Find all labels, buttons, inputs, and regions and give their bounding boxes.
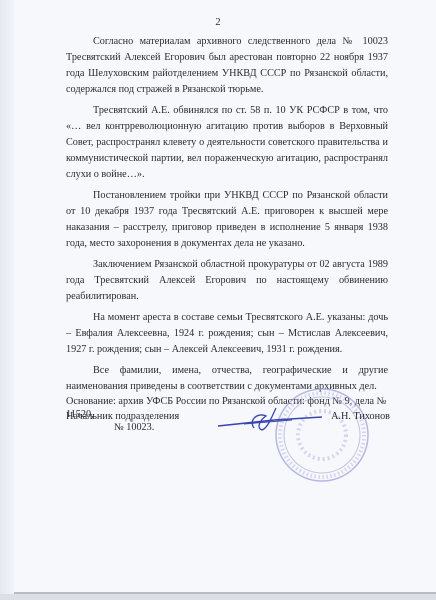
scan-bottom-edge <box>0 594 436 600</box>
signature-icon <box>214 398 324 438</box>
paragraph-charges: Тресвятский А.Е. обвинялся по ст. 58 п. … <box>66 103 388 183</box>
paragraph-rehabilitation: Заключением Рязанской областной прокурат… <box>66 257 388 305</box>
page-bottom-border <box>14 592 436 594</box>
signatory-position: Начальник подразделения <box>66 411 179 422</box>
document-body: Согласно материалам архивного следственн… <box>66 34 388 434</box>
paragraph-sentence: Постановлением тройки при УНКВД СССР по … <box>66 188 388 252</box>
paragraph-family: На момент ареста в составе семьи Тресвят… <box>66 310 388 358</box>
paragraph-arrest: Согласно материалам архивного следственн… <box>66 34 388 98</box>
signatory-name: А.Н. Тихонов <box>331 411 390 422</box>
page-number: 2 <box>0 17 436 28</box>
